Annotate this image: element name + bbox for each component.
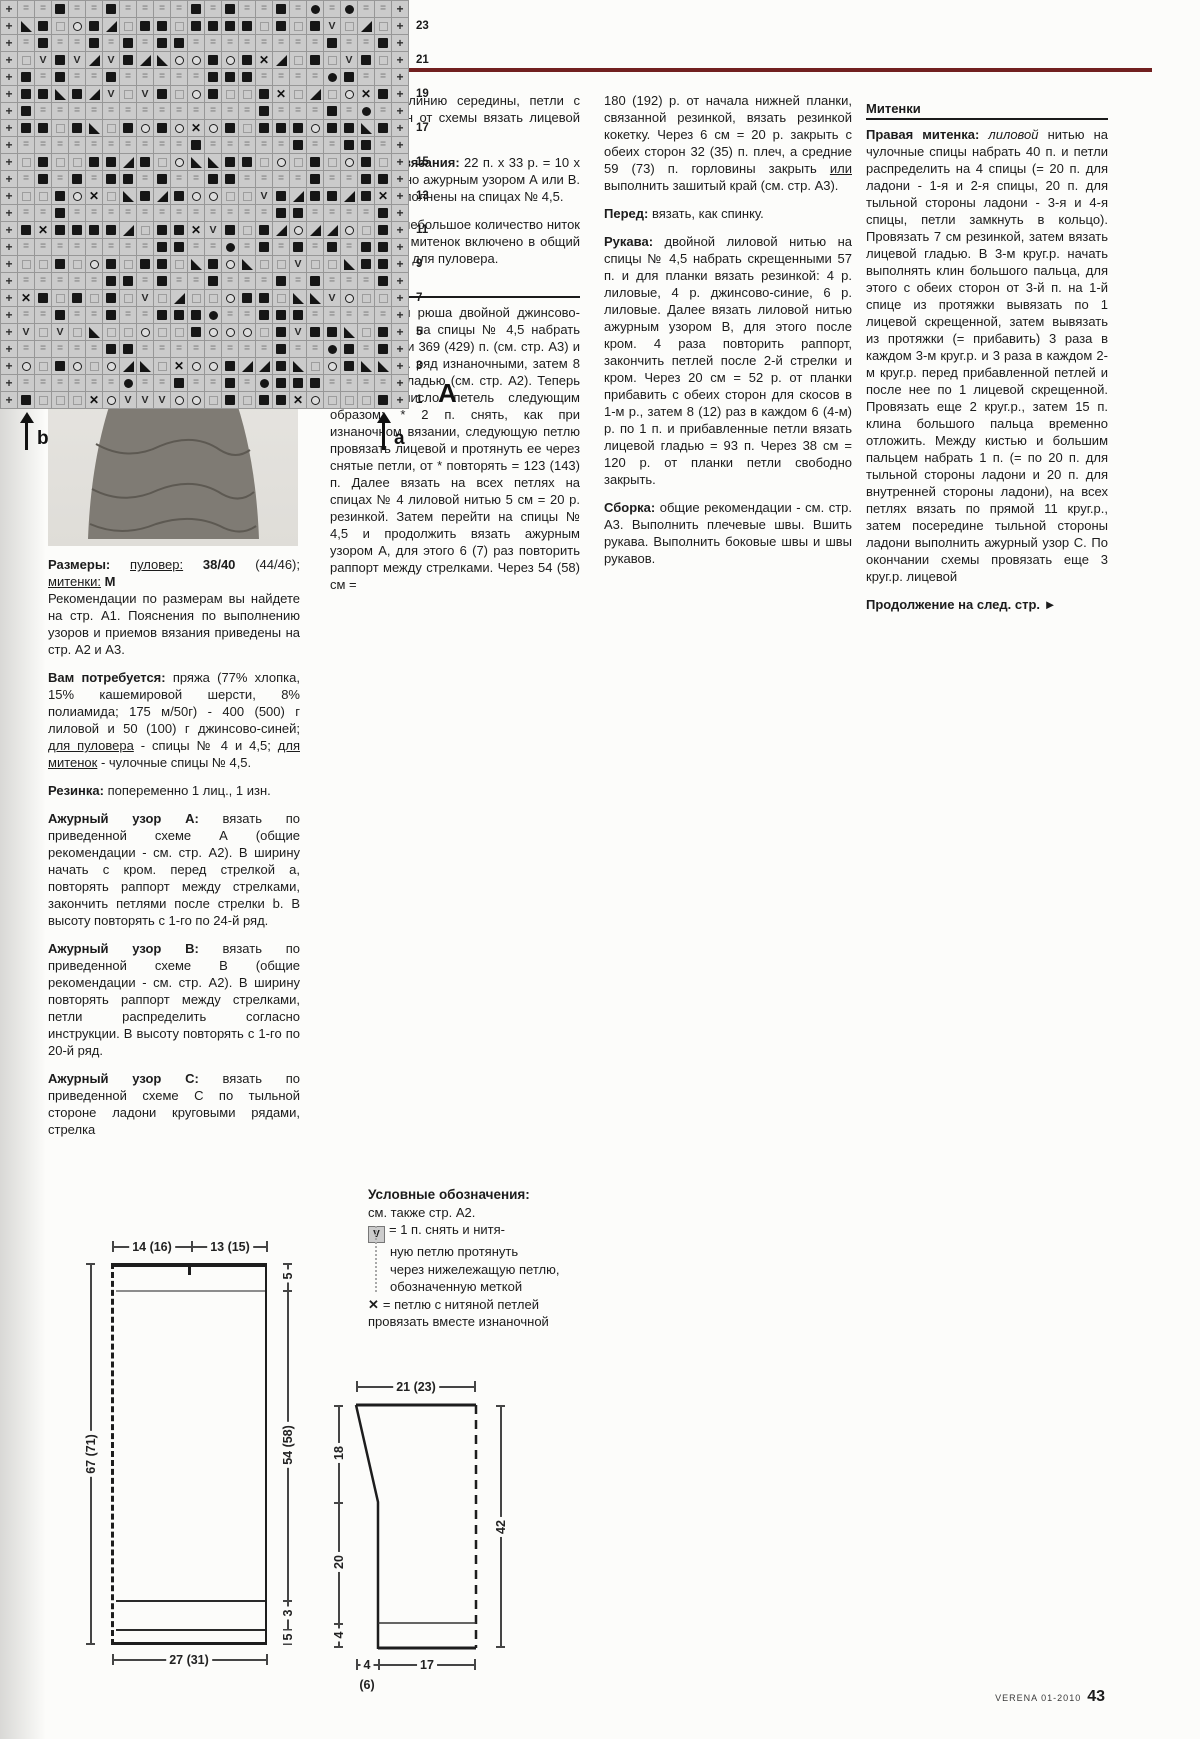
knit-square-icon	[344, 344, 354, 354]
paragraph: 180 (192) р. от начала нижней планки, св…	[604, 92, 852, 194]
tick	[112, 1241, 114, 1252]
chart-cell	[341, 18, 357, 34]
tick	[86, 1263, 95, 1265]
chart-cell	[290, 358, 306, 374]
chart-cell	[205, 154, 221, 170]
bobble-icon	[226, 243, 235, 252]
chart-cell	[307, 1, 323, 17]
chart-cell	[307, 222, 323, 238]
purl-icon: =	[227, 140, 233, 150]
knit-square-icon	[208, 89, 218, 99]
chart-cell	[52, 154, 68, 170]
knit-icon	[192, 294, 201, 303]
knit-icon	[158, 294, 167, 303]
purl-icon: =	[363, 4, 369, 14]
knit-square-icon	[259, 242, 269, 252]
purl-icon: =	[363, 310, 369, 320]
chart-cell	[324, 120, 340, 136]
measure-label: 13 (15)	[207, 1240, 253, 1254]
chart-cell: =	[358, 375, 374, 391]
knit-square-icon	[310, 55, 320, 65]
knit-square-icon	[140, 157, 150, 167]
chart-cell	[256, 154, 272, 170]
purl-icon: =	[57, 276, 63, 286]
decrease-left-icon	[344, 327, 355, 338]
chart-cell	[154, 239, 170, 255]
purl-icon: =	[329, 174, 335, 184]
chart-cell	[222, 18, 238, 34]
chart-cell	[69, 222, 85, 238]
chart-cell: =	[358, 35, 374, 51]
purl-icon: =	[193, 106, 199, 116]
chart-cell	[86, 324, 102, 340]
purl-icon: =	[244, 276, 250, 286]
knit-square-icon	[361, 191, 371, 201]
chart-cell	[188, 1, 204, 17]
purl-icon: =	[159, 378, 165, 388]
chart-cell	[222, 256, 238, 272]
chart-cell	[86, 52, 102, 68]
chart-cell	[358, 18, 374, 34]
chart-cell	[120, 256, 136, 272]
purl-icon: =	[125, 310, 131, 320]
knit-icon	[124, 90, 133, 99]
chart-cell	[290, 120, 306, 136]
chart-cell: =	[222, 137, 238, 153]
purl-icon: =	[74, 310, 80, 320]
chart-cell: =	[86, 69, 102, 85]
knit-square-icon	[242, 157, 252, 167]
raport-arrow-label: b	[37, 428, 49, 450]
chart-cell	[154, 273, 170, 289]
chart-cell: =	[324, 273, 340, 289]
knit-icon	[226, 192, 235, 201]
decrease-left-icon	[242, 259, 253, 270]
yarnover-icon	[311, 124, 320, 133]
purl-together-icon: ✕	[368, 1297, 379, 1312]
chart-cell	[239, 52, 255, 68]
chart-cell: =	[375, 375, 391, 391]
selvedge-icon: +	[396, 105, 403, 117]
knit-icon	[175, 328, 184, 337]
chart-cell	[103, 273, 119, 289]
chart-cell	[256, 103, 272, 119]
text-column-sleeves: 180 (192) р. от начала нижней планки, св…	[604, 92, 852, 578]
purl-icon: =	[57, 242, 63, 252]
chart-cell	[52, 205, 68, 221]
chart-cell	[205, 69, 221, 85]
chart-cell: =	[375, 1, 391, 17]
purl-icon: =	[227, 208, 233, 218]
purl-icon: =	[210, 208, 216, 218]
chart-cell: =	[35, 341, 51, 357]
chart-cell: =	[86, 171, 102, 187]
chart-cell	[205, 18, 221, 34]
chart-cell	[171, 86, 187, 102]
purl-icon: =	[380, 140, 386, 150]
chart-cell	[18, 18, 34, 34]
chart-cell: =	[222, 341, 238, 357]
chart-cell	[307, 52, 323, 68]
chart-cell: ✕	[188, 120, 204, 136]
chart-cell	[137, 52, 153, 68]
chart-cell: =	[358, 205, 374, 221]
chart-cell: +	[1, 171, 17, 187]
chart-cell	[137, 120, 153, 136]
chart-cell: =	[18, 239, 34, 255]
chart-cell: ✕	[358, 86, 374, 102]
bobble-icon	[328, 345, 337, 354]
knit-square-icon	[276, 310, 286, 320]
purl-together-icon: ✕	[276, 88, 286, 100]
tick	[378, 1659, 380, 1670]
purl-icon: =	[159, 208, 165, 218]
schematic-body-piece: 14 (16) 13 (15) 67 (71) 5 54 (58) 3 5 27…	[60, 1232, 350, 1677]
chart-cell: =	[86, 205, 102, 221]
purl-icon: =	[91, 344, 97, 354]
knit-square-icon	[157, 123, 167, 133]
chart-cell	[358, 256, 374, 272]
chart-cell: =	[188, 103, 204, 119]
chart-cell	[171, 188, 187, 204]
purl-icon: =	[380, 72, 386, 82]
tick	[356, 1659, 358, 1670]
purl-icon: =	[142, 242, 148, 252]
slip-stitch-icon: V	[294, 327, 301, 338]
knit-icon	[243, 226, 252, 235]
knit-square-icon	[123, 38, 133, 48]
knit-icon	[73, 328, 82, 337]
chart-cell	[188, 392, 204, 408]
knit-square-icon	[378, 38, 388, 48]
chart-cell: =	[120, 69, 136, 85]
chart-cell	[103, 290, 119, 306]
chart-cell: +	[1, 86, 17, 102]
chart-cell	[222, 69, 238, 85]
chart-cell: =	[341, 273, 357, 289]
yarnover-icon	[209, 124, 218, 133]
knit-icon	[158, 158, 167, 167]
decrease-left-icon	[208, 157, 219, 168]
chart-cell	[18, 52, 34, 68]
decrease-right-icon	[140, 55, 151, 66]
chart-cell: +	[1, 52, 17, 68]
chart-cell: =	[222, 205, 238, 221]
purl-icon: =	[244, 140, 250, 150]
chart-cell: =	[239, 341, 255, 357]
legend-subtitle: см. также стр. А2.	[368, 1204, 608, 1222]
chart-cell	[324, 358, 340, 374]
knit-icon	[328, 396, 337, 405]
chart-cell	[273, 307, 289, 323]
chart-cell	[86, 222, 102, 238]
chart-cell: =	[86, 103, 102, 119]
chart-cell	[341, 137, 357, 153]
chart-cell	[222, 375, 238, 391]
knit-square-icon	[378, 344, 388, 354]
knit-icon	[328, 260, 337, 269]
chart-cell	[120, 341, 136, 357]
knit-square-icon	[157, 225, 167, 235]
chart-cell: =	[86, 1, 102, 17]
chart-cell	[205, 358, 221, 374]
selvedge-icon: +	[396, 54, 403, 66]
knit-square-icon	[378, 276, 388, 286]
purl-icon: =	[91, 174, 97, 184]
chart-cell: =	[222, 273, 238, 289]
chart-cell	[222, 1, 238, 17]
chart-cell: +	[392, 375, 408, 391]
slip-stitch-icon: V	[124, 395, 131, 406]
paragraph: Рукава: двойной лиловой нитью на спицы №…	[604, 233, 852, 488]
legend-dotted-trail	[375, 1226, 377, 1292]
chart-cell: =	[120, 103, 136, 119]
selvedge-icon: +	[396, 122, 403, 134]
chart-cell: V	[137, 392, 153, 408]
knit-square-icon	[259, 106, 269, 116]
chart-cell	[52, 256, 68, 272]
chart-cell: V	[205, 222, 221, 238]
chart-cell: =	[171, 103, 187, 119]
knit-square-icon	[174, 38, 184, 48]
chart-cell	[120, 35, 136, 51]
chart-cell	[120, 290, 136, 306]
knit-icon	[294, 22, 303, 31]
knit-icon	[73, 396, 82, 405]
purl-icon: =	[142, 72, 148, 82]
chart-cell	[86, 86, 102, 102]
knit-square-icon	[276, 21, 286, 31]
chart-cell: =	[35, 375, 51, 391]
selvedge-icon: +	[5, 190, 12, 202]
chart-cell	[154, 256, 170, 272]
chart-cell	[18, 120, 34, 136]
chart-cell: ✕	[256, 52, 272, 68]
paragraph: Правая митенка: лиловой нитью на чулочны…	[866, 126, 1108, 585]
yoke-line	[116, 1290, 265, 1292]
purl-together-icon: ✕	[89, 190, 99, 202]
chart-cell: +	[392, 188, 408, 204]
chart-cell: =	[35, 69, 51, 85]
purl-icon: =	[40, 344, 46, 354]
legend-entry-line: обозначенную меткой	[368, 1278, 608, 1296]
chart-cell	[205, 273, 221, 289]
knit-square-icon	[21, 395, 31, 405]
legend-entry-line: ную петлю протянуть	[368, 1243, 608, 1261]
purl-icon: =	[210, 242, 216, 252]
yarnover-icon	[311, 396, 320, 405]
chart-cell: =	[290, 69, 306, 85]
knit-square-icon	[310, 191, 320, 201]
slip-stitch-icon: V	[209, 225, 216, 236]
chart-cell	[103, 154, 119, 170]
slip-stitch-icon: V	[107, 55, 114, 66]
chart-cell	[120, 273, 136, 289]
legend-entry-line: ✕= петлю с нитяной петлей	[368, 1296, 608, 1314]
chart-cell: +	[392, 18, 408, 34]
chart-cell	[171, 222, 187, 238]
chart-cell: =	[375, 307, 391, 323]
knit-icon	[260, 158, 269, 167]
chart-cell	[273, 375, 289, 391]
knit-square-icon	[208, 259, 218, 269]
chart-cell: ✕	[290, 392, 306, 408]
purl-icon: =	[210, 4, 216, 14]
knit-square-icon	[106, 259, 116, 269]
chart-cell	[205, 188, 221, 204]
knit-square-icon	[310, 327, 320, 337]
knit-icon	[260, 22, 269, 31]
purl-icon: =	[91, 378, 97, 388]
purl-icon: =	[295, 4, 301, 14]
chart-cell	[35, 154, 51, 170]
chart-cell	[273, 324, 289, 340]
chart-cell	[154, 188, 170, 204]
chart-cell	[171, 375, 187, 391]
chart-cell	[341, 392, 357, 408]
paragraph: Размеры: пуловер: 38/40 (44/46); митенки…	[48, 556, 300, 590]
selvedge-icon: +	[396, 88, 403, 100]
chart-cell	[188, 137, 204, 153]
chart-cell: =	[256, 273, 272, 289]
knit-icon	[243, 124, 252, 133]
chart-cell	[69, 188, 85, 204]
tick	[266, 1654, 268, 1665]
measure-label: (6)	[356, 1678, 377, 1692]
slip-stitch-icon: V	[141, 89, 148, 100]
chart-cell: =	[154, 1, 170, 17]
yarnover-icon	[73, 192, 82, 201]
chart-cell: =	[290, 1, 306, 17]
chart-cell: +	[1, 103, 17, 119]
knit-square-icon	[293, 123, 303, 133]
purl-icon: =	[57, 106, 63, 116]
purl-icon: =	[312, 344, 318, 354]
chart-cell	[358, 222, 374, 238]
chart-cell	[35, 188, 51, 204]
knit-square-icon	[378, 242, 388, 252]
chart-cell: +	[1, 1, 17, 17]
selvedge-icon: +	[396, 309, 403, 321]
selvedge-icon: +	[396, 190, 403, 202]
chart-cell: =	[239, 307, 255, 323]
legend-entry-line: провязать вместе изнаночной	[368, 1313, 608, 1331]
chart-cell	[69, 171, 85, 187]
chart-cell	[341, 69, 357, 85]
chart-cell	[290, 307, 306, 323]
tick	[283, 1600, 292, 1602]
chart-cell	[290, 239, 306, 255]
chart-cell: +	[1, 222, 17, 238]
measure-label: 4	[361, 1658, 374, 1672]
chart-cell: =	[205, 375, 221, 391]
yarnover-icon	[243, 328, 252, 337]
purl-icon: =	[91, 276, 97, 286]
chart-cell	[222, 171, 238, 187]
knit-square-icon	[361, 259, 371, 269]
knit-square-icon	[21, 106, 31, 116]
measure-label: 17	[417, 1658, 437, 1672]
knit-icon	[175, 22, 184, 31]
selvedge-icon: +	[396, 394, 403, 406]
purl-icon: =	[159, 72, 165, 82]
knit-icon	[56, 294, 65, 303]
chart-cell: =	[137, 171, 153, 187]
chart-cell	[154, 222, 170, 238]
purl-icon: =	[312, 106, 318, 116]
chart-cell	[358, 188, 374, 204]
chart-cell	[324, 239, 340, 255]
chart-cell	[375, 341, 391, 357]
selvedge-icon: +	[396, 156, 403, 168]
chart-cell: =	[256, 69, 272, 85]
decrease-left-icon	[361, 361, 372, 372]
knit-square-icon	[157, 21, 167, 31]
chart-cell	[154, 35, 170, 51]
slip-stitch-icon: V	[260, 191, 267, 202]
purl-icon: =	[210, 140, 216, 150]
chart-cell: +	[1, 324, 17, 340]
chart-cell	[103, 171, 119, 187]
knit-square-icon	[174, 242, 184, 252]
purl-icon: =	[363, 72, 369, 82]
chart-cell	[171, 52, 187, 68]
knit-square-icon	[174, 378, 184, 388]
chart-cell	[188, 18, 204, 34]
purl-icon: =	[23, 208, 29, 218]
decrease-right-icon	[123, 361, 134, 372]
chart-cell: =	[69, 239, 85, 255]
chart-cell: =	[86, 137, 102, 153]
chart-cell	[290, 222, 306, 238]
decrease-left-icon	[344, 259, 355, 270]
chart-cell	[188, 307, 204, 323]
chart-cell: =	[273, 137, 289, 153]
knit-square-icon	[361, 157, 371, 167]
chart-cell: +	[392, 392, 408, 408]
knit-square-icon	[327, 106, 337, 116]
tick	[283, 1290, 292, 1292]
chart-cell: =	[205, 239, 221, 255]
purl-icon: =	[346, 174, 352, 184]
knit-square-icon	[140, 259, 150, 269]
page-footer: VERENA 01-201043	[955, 1688, 1105, 1706]
purl-icon: =	[40, 72, 46, 82]
chart-cell	[307, 86, 323, 102]
purl-icon: =	[40, 208, 46, 218]
knit-square-icon	[259, 395, 269, 405]
selvedge-icon: +	[5, 377, 12, 389]
knit-square-icon	[276, 208, 286, 218]
purl-together-icon: ✕	[293, 394, 303, 406]
knit-square-icon	[191, 21, 201, 31]
purl-icon: =	[23, 344, 29, 354]
chart-cell: =	[341, 375, 357, 391]
chart-cell	[324, 69, 340, 85]
chart-cell	[120, 222, 136, 238]
knit-square-icon	[21, 72, 31, 82]
knit-square-icon	[157, 89, 167, 99]
selvedge-icon: +	[5, 20, 12, 32]
chart-cell: =	[273, 35, 289, 51]
knit-square-icon	[378, 259, 388, 269]
chart-cell	[341, 358, 357, 374]
chart-cell	[375, 239, 391, 255]
selvedge-icon: +	[5, 71, 12, 83]
chart-cell	[307, 18, 323, 34]
decrease-right-icon	[123, 225, 134, 236]
chart-cell	[171, 154, 187, 170]
